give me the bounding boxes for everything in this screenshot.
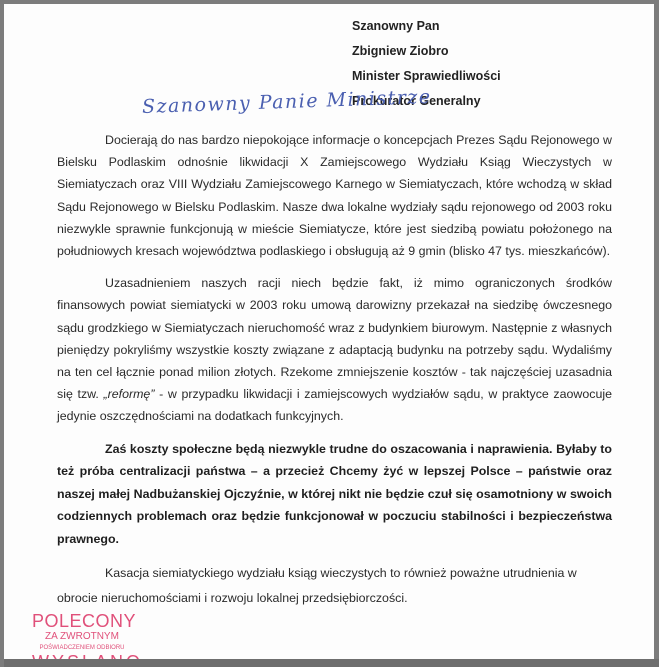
letter-body: Docierają do nas bardzo niepokojące info… xyxy=(57,129,612,621)
paragraph-2-quote: „reformę” xyxy=(104,387,155,401)
registered-mail-stamp: POLECONY ZA ZWROTNYM POŚWIADCZENIEM ODBI… xyxy=(32,612,132,659)
stamp-line-3: POŚWIADCZENIEM ODBIORU xyxy=(32,645,132,651)
paragraph-4: Kasacja siemiatyckiego wydziału ksiąg wi… xyxy=(57,561,612,611)
paragraph-2: Uzasadnieniem naszych racji niech będzie… xyxy=(57,272,612,427)
stamp-line-1: POLECONY xyxy=(32,612,132,630)
paragraph-3-bold: Zaś koszty społeczne będą niezwykle trud… xyxy=(57,438,612,551)
addressee-name: Zbigniew Ziobro xyxy=(352,39,501,64)
letter-page: Szanowny Pan Zbigniew Ziobro Minister Sp… xyxy=(4,4,654,659)
addressee-salutation: Szanowny Pan xyxy=(352,14,501,39)
stamp-line-2: ZA ZWROTNYM xyxy=(32,632,132,642)
paragraph-2-text-a: Uzasadnieniem naszych racji niech będzie… xyxy=(57,276,612,401)
page-shadow xyxy=(4,659,659,667)
paragraph-1: Docierają do nas bardzo niepokojące info… xyxy=(57,129,612,262)
